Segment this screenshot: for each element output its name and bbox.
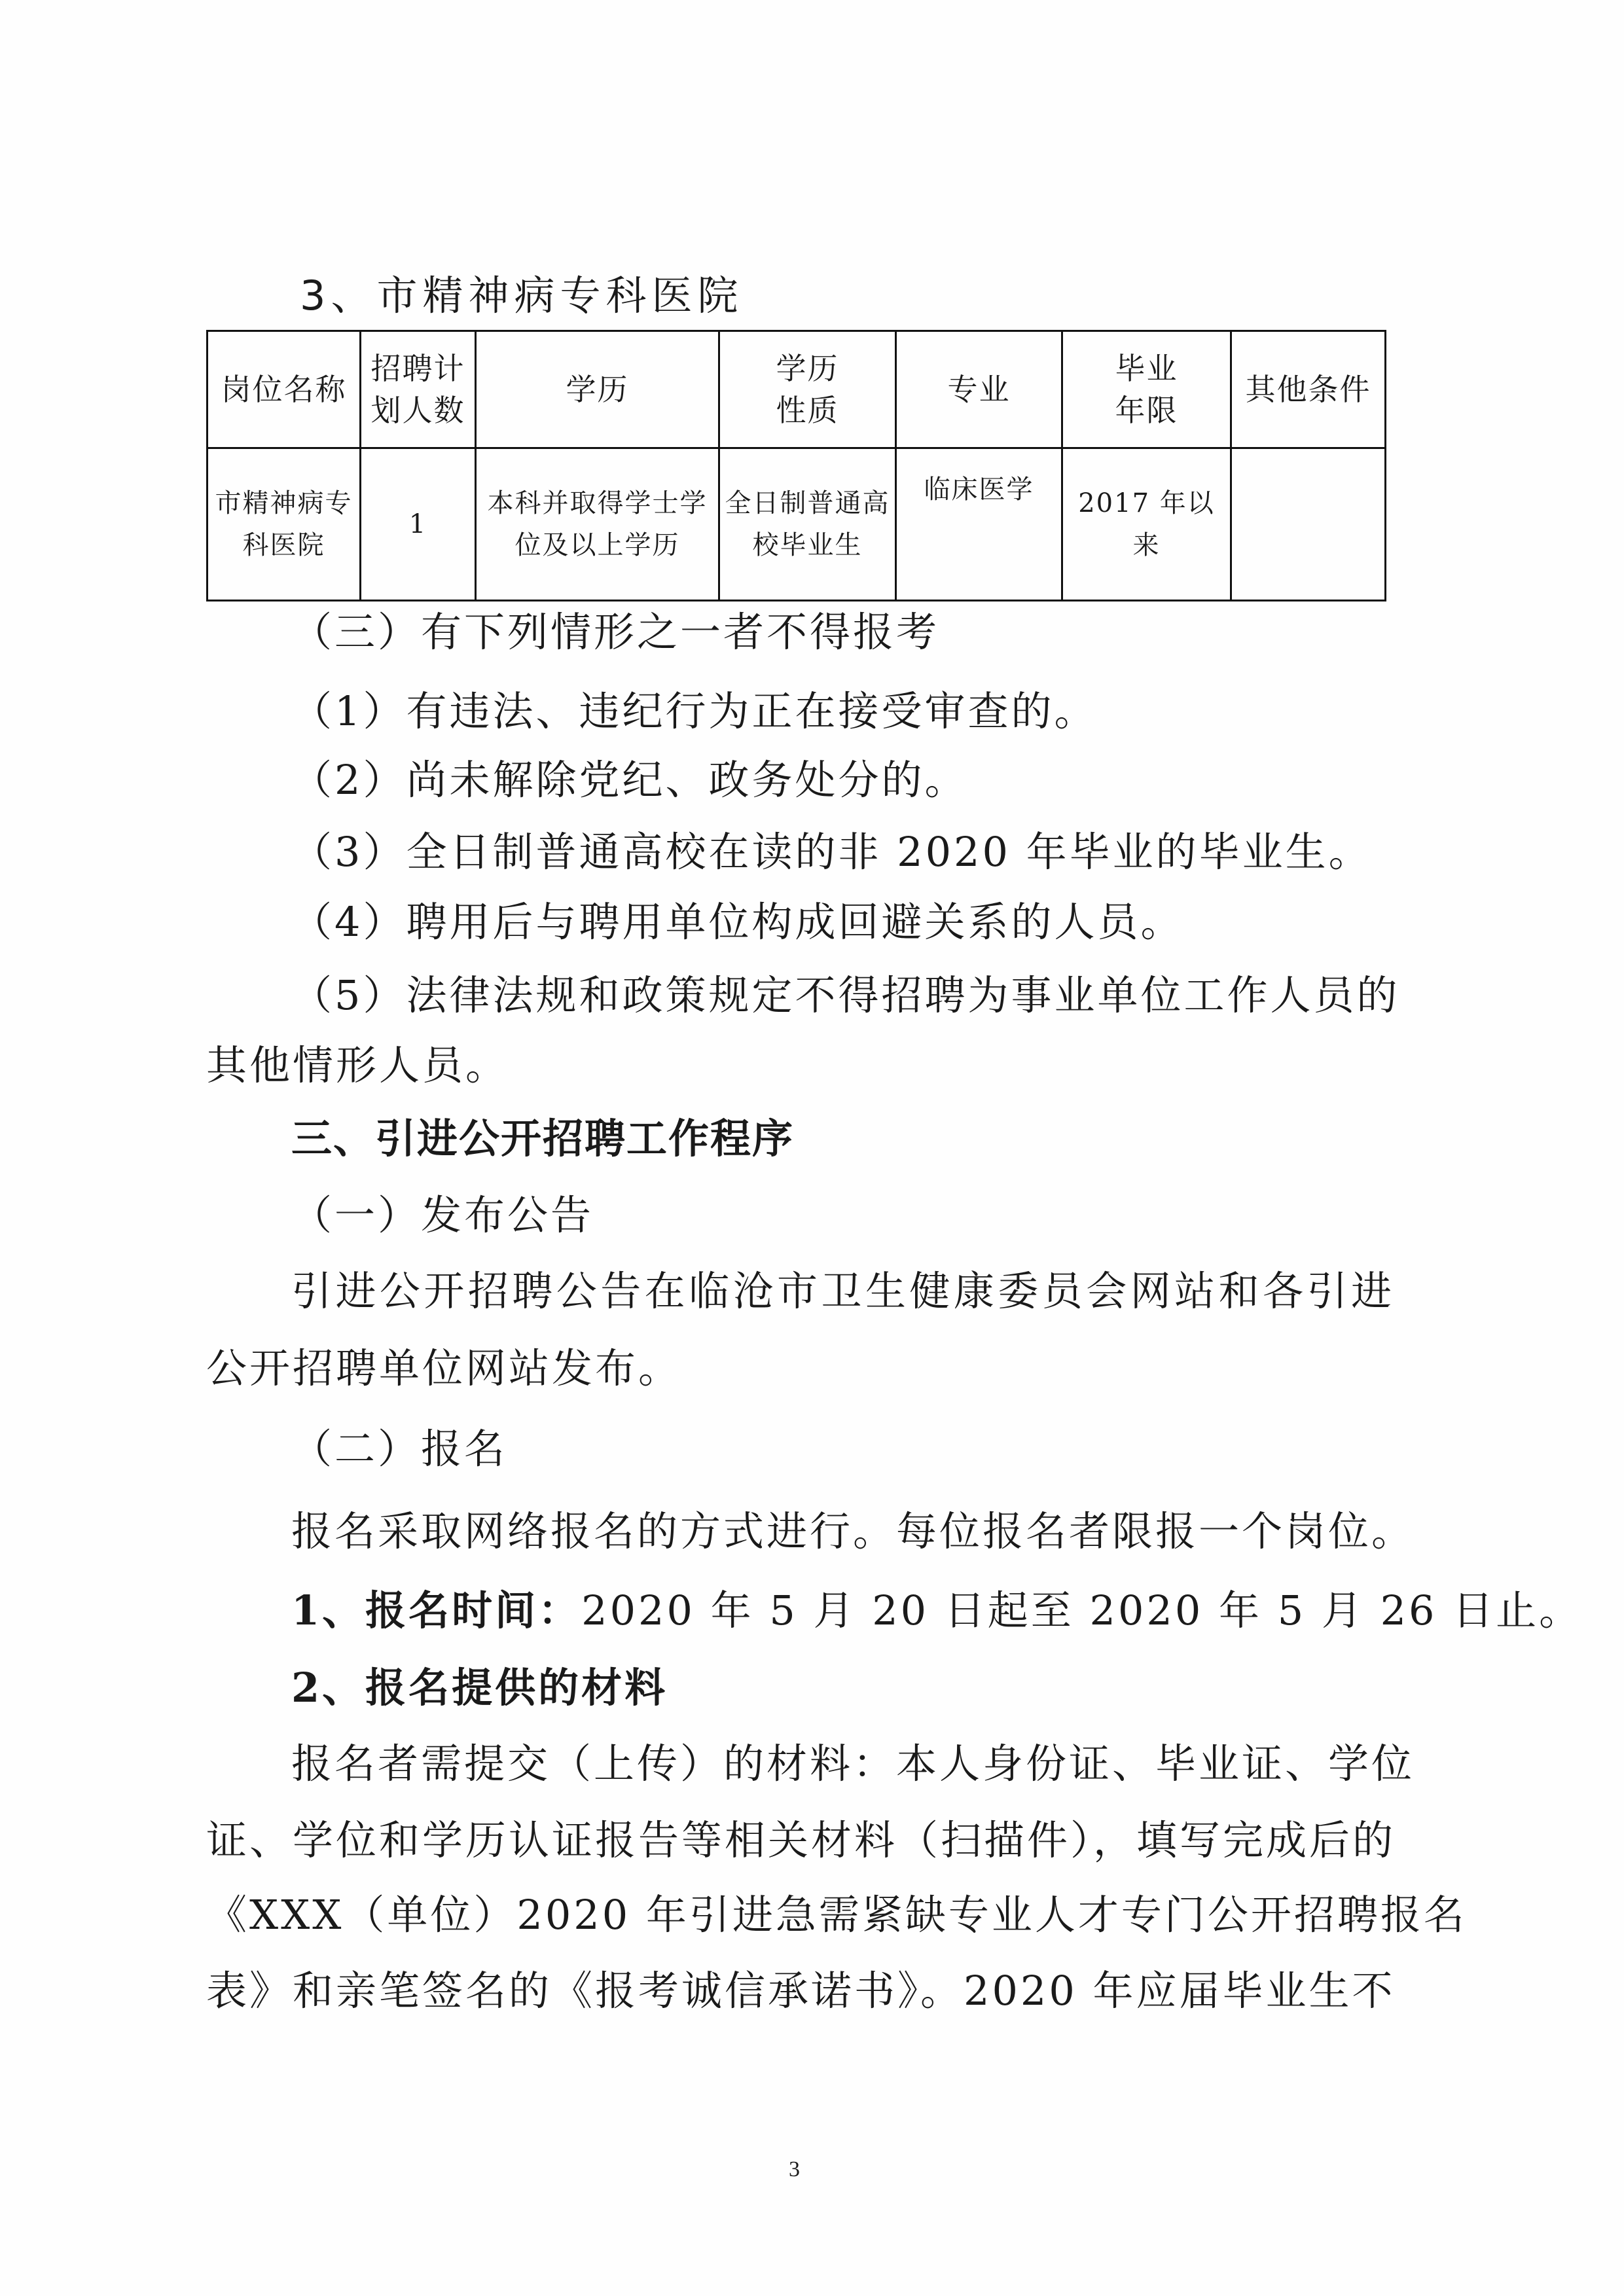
header-major: 专业 — [896, 331, 1062, 448]
position-table: 岗位名称 招聘计 划人数 学历 学历 性质 专业 毕业 年限 其他条件 市精神病… — [206, 330, 1386, 601]
cell-graduation-years: 2017 年以来 — [1062, 448, 1231, 601]
table-row: 市精神病专 科医院 1 本科并取得学士学 位及以上学历 全日制普通高 校毕业生 … — [208, 448, 1386, 601]
register-heading: （二）报名 — [291, 1423, 1394, 1475]
materials-line-2: 证、学位和学历认证报告等相关材料（扫描件），填写完成后的 — [206, 1814, 1394, 1867]
table-header-row: 岗位名称 招聘计 划人数 学历 学历 性质 专业 毕业 年限 其他条件 — [208, 331, 1386, 448]
exclusions-heading: （三）有下列情形之一者不得报考 — [291, 606, 1394, 658]
announce-line-1: 引进公开招聘公告在临沧市卫生健康委员会网站和各引进 — [291, 1265, 1394, 1318]
cell-education: 本科并取得学士学 位及以上学历 — [476, 448, 719, 601]
cell-post-name: 市精神病专 科医院 — [208, 448, 361, 601]
materials-line-3: 《XXX（单位）2020 年引进急需紧缺专业人才专门公开招聘报名 — [206, 1889, 1394, 1941]
procedure-heading: 三、引进公开招聘工作程序 — [291, 1113, 1394, 1165]
cell-major: 临床医学 — [896, 448, 1062, 601]
register-time-value: 2020 年 5 月 20 日起至 2020 年 5 月 26 日止。 — [581, 1587, 1582, 1634]
header-education: 学历 — [476, 331, 719, 448]
header-graduation-years: 毕业 年限 — [1062, 331, 1231, 448]
cell-education-type: 全日制普通高 校毕业生 — [719, 448, 896, 601]
cell-other — [1231, 448, 1386, 601]
materials-line-1: 报名者需提交（上传）的材料：本人身份证、毕业证、学位 — [291, 1738, 1394, 1790]
header-education-type: 学历 性质 — [719, 331, 896, 448]
page-number: 3 — [789, 2153, 800, 2186]
exclusion-item-2: （2）尚未解除党纪、政务处分的。 — [291, 754, 1394, 806]
announce-line-2: 公开招聘单位网站发布。 — [206, 1342, 1394, 1395]
exclusion-item-4: （4）聘用后与聘用单位构成回避关系的人员。 — [291, 896, 1394, 948]
document-page: 3、市精神病专科医院 岗位名称 招聘计 划人数 学历 学历 性质 专业 毕业 年… — [0, 0, 1624, 2296]
exclusion-item-3: （3）全日制普通高校在读的非 2020 年毕业的毕业生。 — [291, 826, 1394, 878]
announce-heading: （一）发布公告 — [291, 1189, 1394, 1242]
materials-line-4: 表》和亲笔签名的《报考诚信承诺书》。2020 年应届毕业生不 — [206, 1965, 1394, 2017]
exclusion-item-1: （1）有违法、违纪行为正在接受审查的。 — [291, 685, 1394, 738]
cell-count: 1 — [361, 448, 476, 601]
header-other-conditions: 其他条件 — [1231, 331, 1386, 448]
register-time: 1、报名时间：2020 年 5 月 20 日起至 2020 年 5 月 26 日… — [291, 1585, 1394, 1637]
exclusion-item-5: （5）法律法规和政策规定不得招聘为事业单位工作人员的 — [291, 969, 1394, 1022]
register-time-label: 1、报名时间： — [291, 1587, 581, 1634]
header-plan-count: 招聘计 划人数 — [361, 331, 476, 448]
exclusion-item-5-cont: 其他情形人员。 — [206, 1039, 1394, 1092]
section-title: 3、市精神病专科医院 — [300, 270, 743, 322]
register-intro: 报名采取网络报名的方式进行。每位报名者限报一个岗位。 — [291, 1505, 1394, 1558]
materials-heading: 2、报名提供的材料 — [291, 1662, 1394, 1714]
header-post-name: 岗位名称 — [208, 331, 361, 448]
